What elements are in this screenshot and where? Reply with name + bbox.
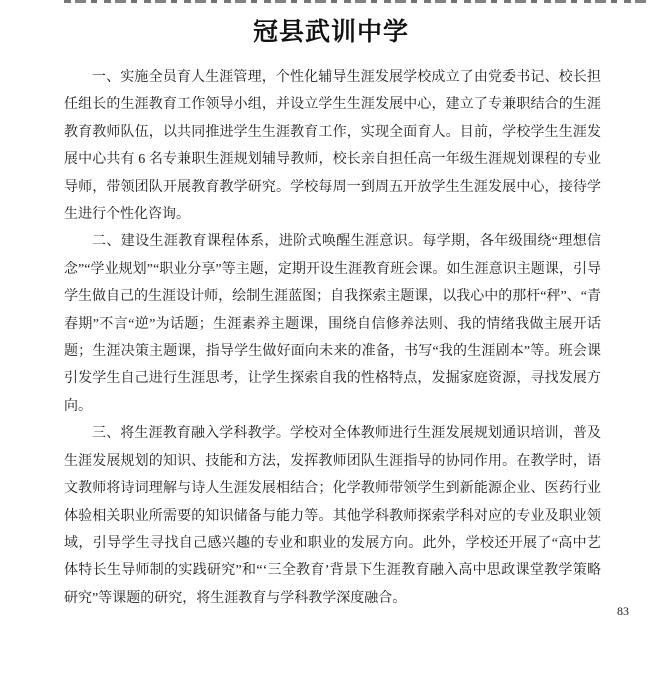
cutoff-text-top bbox=[64, 0, 650, 3]
page-number: 83 bbox=[617, 604, 629, 619]
document-page: 冠县武训中学 一、实施全员育人生涯管理，个性化辅导生涯发展学校成立了由党委书记、… bbox=[0, 0, 662, 684]
paragraph-3: 三、将生涯教育融入学科教学。学校对全体教师进行生涯发展规划通识培训，普及生涯发展… bbox=[64, 420, 601, 612]
paragraph-1: 一、实施全员育人生涯管理，个性化辅导生涯发展学校成立了由党委书记、校长担任组长的… bbox=[64, 64, 601, 228]
document-body: 一、实施全员育人生涯管理，个性化辅导生涯发展学校成立了由党委书记、校长担任组长的… bbox=[64, 64, 601, 612]
paragraph-2: 二、建设生涯教育课程体系，进阶式唤醒生涯意识。每学期，各年级围绕“理想信念”“学… bbox=[64, 228, 601, 420]
page-title: 冠县武训中学 bbox=[0, 12, 662, 48]
